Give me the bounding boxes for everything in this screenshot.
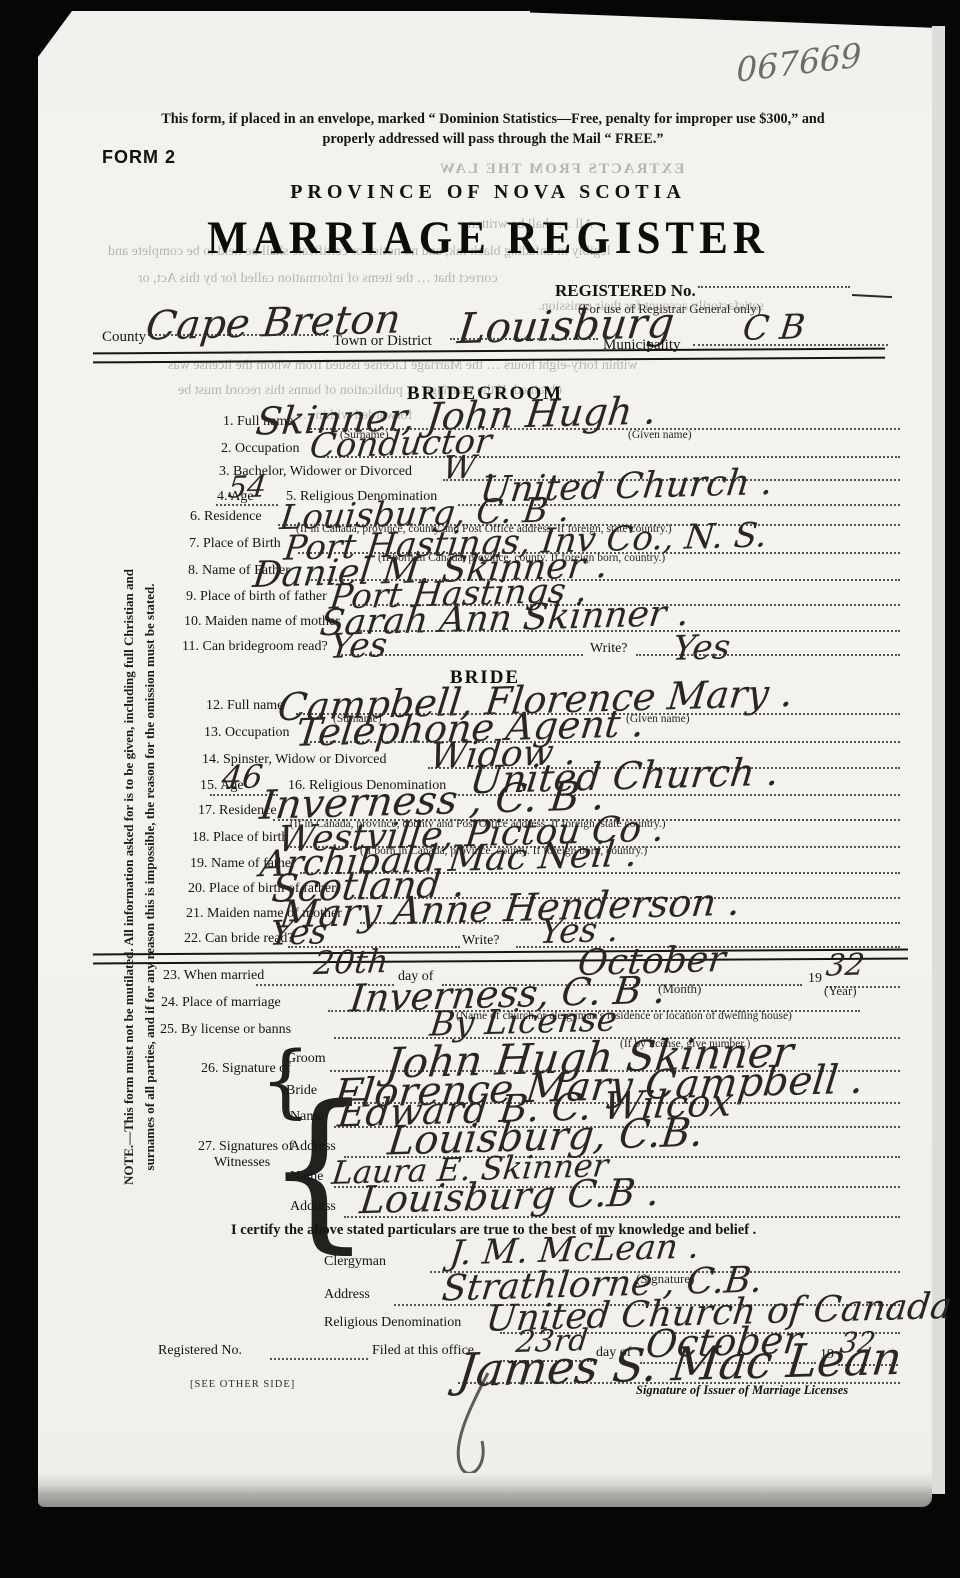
religious-denomination-label: Religious Denomination (324, 1315, 461, 1331)
mailing-instruction: This form, if placed in an envelope, mar… (133, 109, 853, 149)
groom-given-name-note: (Given name) (628, 429, 692, 441)
groom-can-read-label: 11. Can bridegroom read? (182, 639, 328, 655)
groom-birthplace-label: 7. Place of Birth (189, 536, 281, 552)
groom-residence-label: 6. Residence (190, 509, 262, 525)
groom-signature-label: Groom (286, 1051, 326, 1067)
registered-no-bottom-label: Registered No. (158, 1343, 242, 1359)
bride-age-value: 46 (220, 760, 264, 793)
witness1-name-label: Name (290, 1109, 323, 1125)
groom-occupation-label: 2. Occupation (221, 441, 300, 457)
bleedthrough-text: EXTRACTS FROM THE LAW (438, 161, 684, 178)
groom-can-write-value: Yes (671, 630, 732, 666)
page-bottom-edge (38, 1473, 932, 1507)
when-married-label: 23. When married (163, 968, 264, 984)
mailing-instruction-line1: This form, if placed in an envelope, mar… (133, 109, 853, 129)
bride-occupation-label: 13. Occupation (204, 725, 290, 741)
year-prefix: 19 (808, 971, 822, 987)
when-married-year-value: 32 (824, 950, 866, 981)
mailing-instruction-line2: properly addressed will pass through the… (133, 129, 853, 149)
side-note-line2: surnames of all parties, and if for any … (139, 547, 160, 1207)
county-label: County (102, 329, 146, 346)
side-note-line1: NOTE.—This form must not be mutilated. A… (118, 547, 139, 1207)
page-corner-shadow (38, 11, 72, 57)
province-title: PROVINCE OF NOVA SCOTIA (128, 181, 848, 204)
clergyman-label: Clergyman (324, 1254, 386, 1270)
clergyman-address-label: Address (324, 1287, 370, 1303)
year-note: (Year) (824, 983, 857, 999)
scanned-document: EXTRACTS FROM THE LAW All … shall be wri… (0, 0, 960, 1578)
issuer-caption: Signature of Issuer of Marriage Licenses (636, 1383, 848, 1398)
groom-can-write-label: Write? (590, 641, 628, 657)
witness1-address-label: Address (290, 1139, 336, 1155)
witness2-name-label: Name (290, 1169, 323, 1185)
section-divider-rule (93, 949, 908, 965)
witness2-address-label: Address (290, 1199, 336, 1215)
see-other-side-note: [SEE OTHER SIDE] (190, 1379, 295, 1390)
form-number-label: FORM 2 (102, 147, 176, 168)
groom-can-read-value: Yes (328, 628, 389, 664)
groom-mother-label: 10. Maiden name of mother (184, 614, 340, 630)
registry-stamp-number: 067669 (736, 35, 862, 90)
town-district-label: Town or District (333, 333, 432, 350)
bride-mother-value: Mary Anne Henderson . (278, 883, 742, 934)
page-top-edge-shadow (530, 11, 932, 35)
side-note-vertical: NOTE.—This form must not be mutilated. A… (118, 547, 162, 1207)
groom-age-value: 54 (226, 472, 268, 503)
bride-can-write-label: Write? (462, 933, 500, 949)
witnesses-label-line2: Witnesses (214, 1155, 270, 1171)
when-married-day-value: 20th (312, 945, 390, 979)
groom-father-birthplace-label: 9. Place of birth of father (186, 589, 327, 605)
marriage-register-page: EXTRACTS FROM THE LAW All … shall be wri… (38, 11, 932, 1493)
bleedthrough-text: correct that … the items of information … (138, 271, 498, 287)
place-of-marriage-label: 24. Place of marriage (161, 995, 281, 1011)
page-title: MARRIAGE REGISTER (128, 212, 848, 265)
bride-full-name-label: 12. Full name (206, 698, 283, 714)
